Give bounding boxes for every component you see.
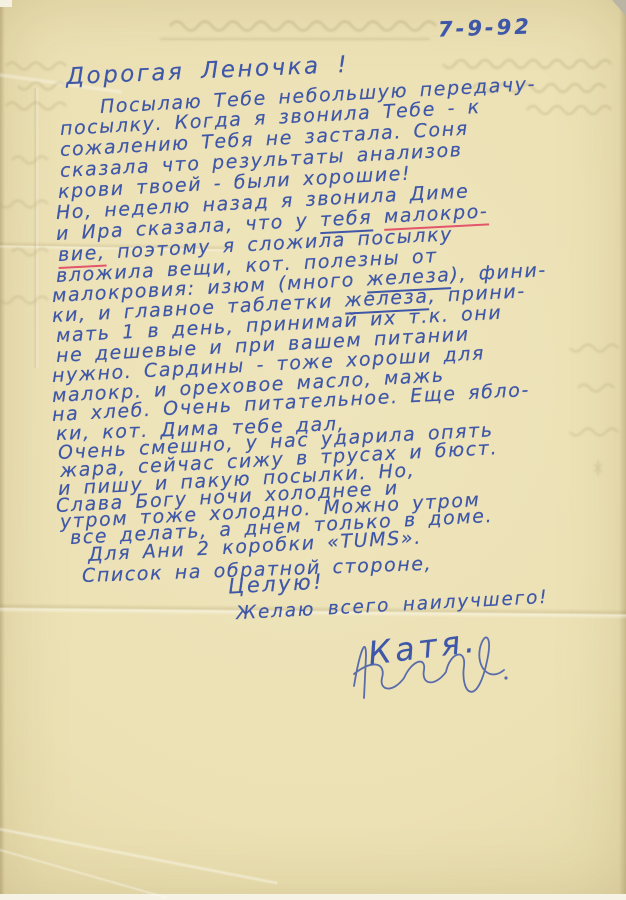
letter-scan: 7-9-92 Дорогая Леночка ! Посылаю Тебе не… — [0, 0, 626, 900]
scan-edge-left — [0, 0, 5, 900]
scan-corner-top-left — [0, 0, 12, 7]
scan-edge-right — [619, 0, 626, 900]
letter-closing-kiss: Целую! — [227, 569, 324, 598]
scan-corner-top-right — [612, 0, 626, 16]
scan-bottom-strip — [0, 894, 626, 900]
letter-date: 7-9-92 — [438, 14, 533, 41]
